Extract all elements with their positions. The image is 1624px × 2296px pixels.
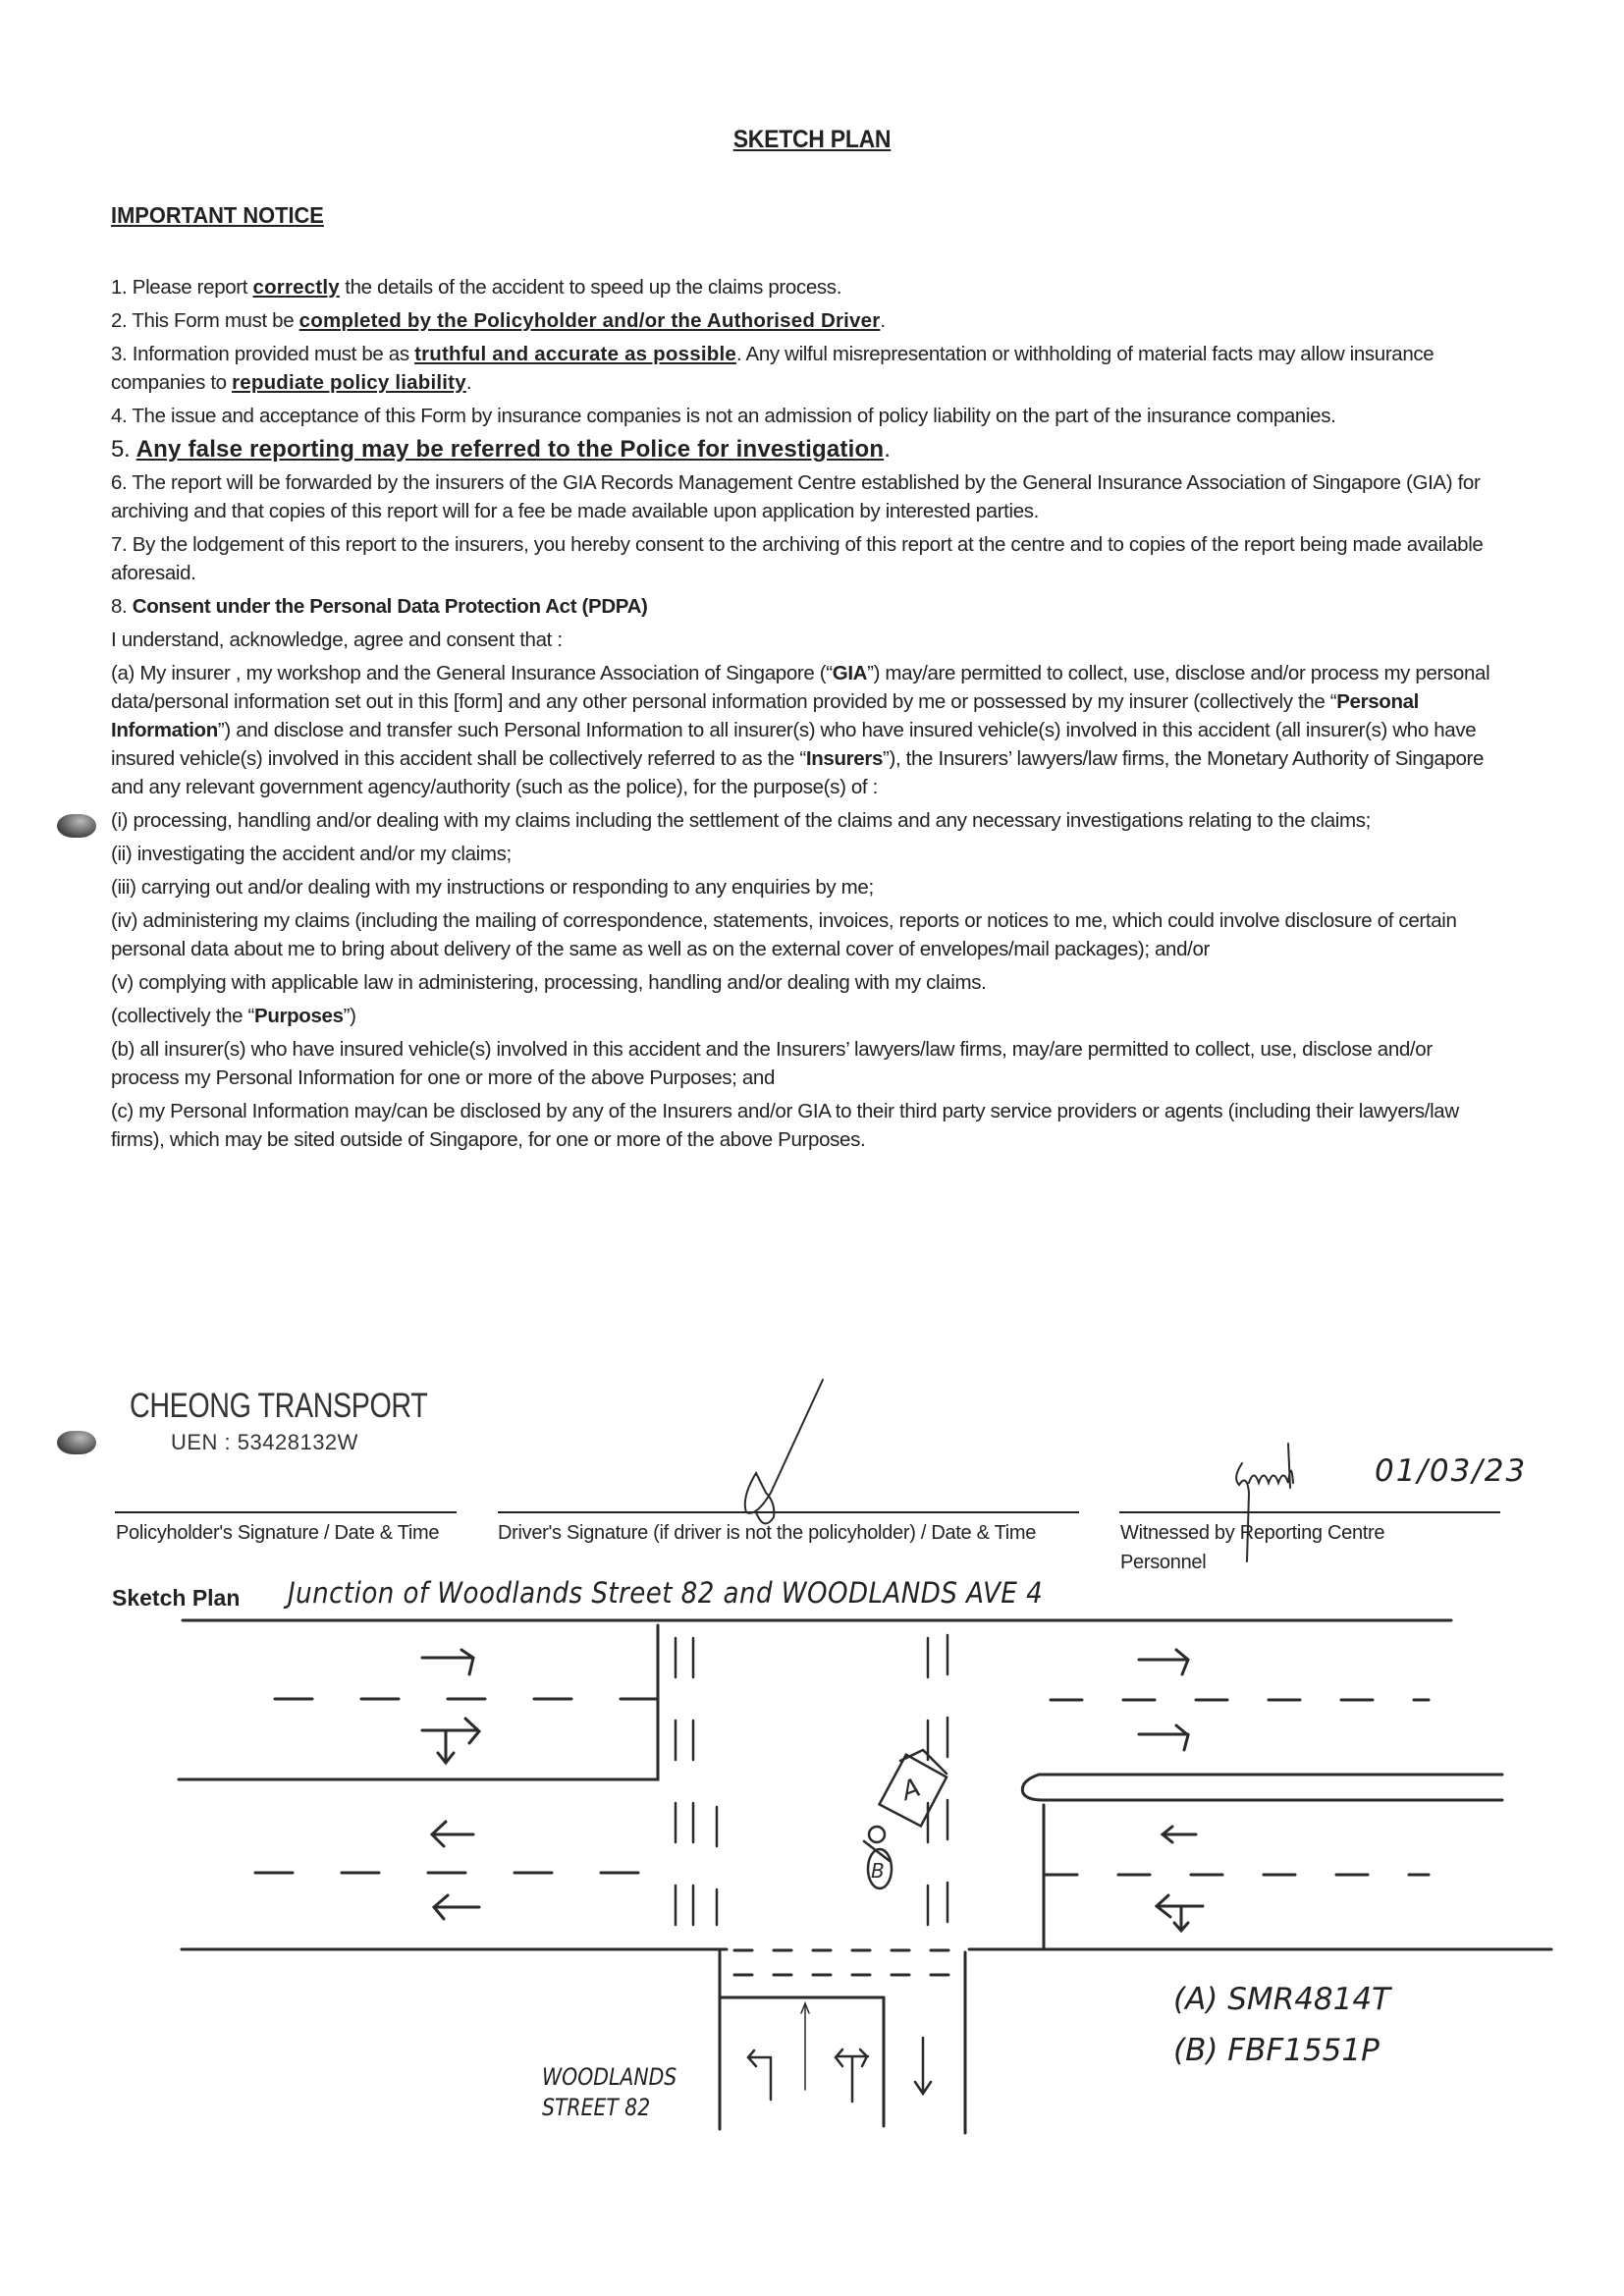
vehicle-a-plate: (A) SMR4814T [1173,1974,1390,2025]
vehicle-b-plate: (B) FBF1551P [1173,2025,1390,2076]
accident-sketch: A B [0,0,1624,2296]
vehicle-b-marker: B [871,1859,885,1883]
vehicle-a-marker: A [896,1774,925,1808]
witness-signature [1236,1444,1293,1561]
side-road-label: WOODLANDS STREET 82 [542,2062,677,2123]
vehicle-plates: (A) SMR4814T (B) FBF1551P [1173,1974,1390,2076]
sketch-plan-form: SKETCH PLAN IMPORTANT NOTICE 1. Please r… [0,0,1624,2296]
driver-signature [745,1380,823,1523]
